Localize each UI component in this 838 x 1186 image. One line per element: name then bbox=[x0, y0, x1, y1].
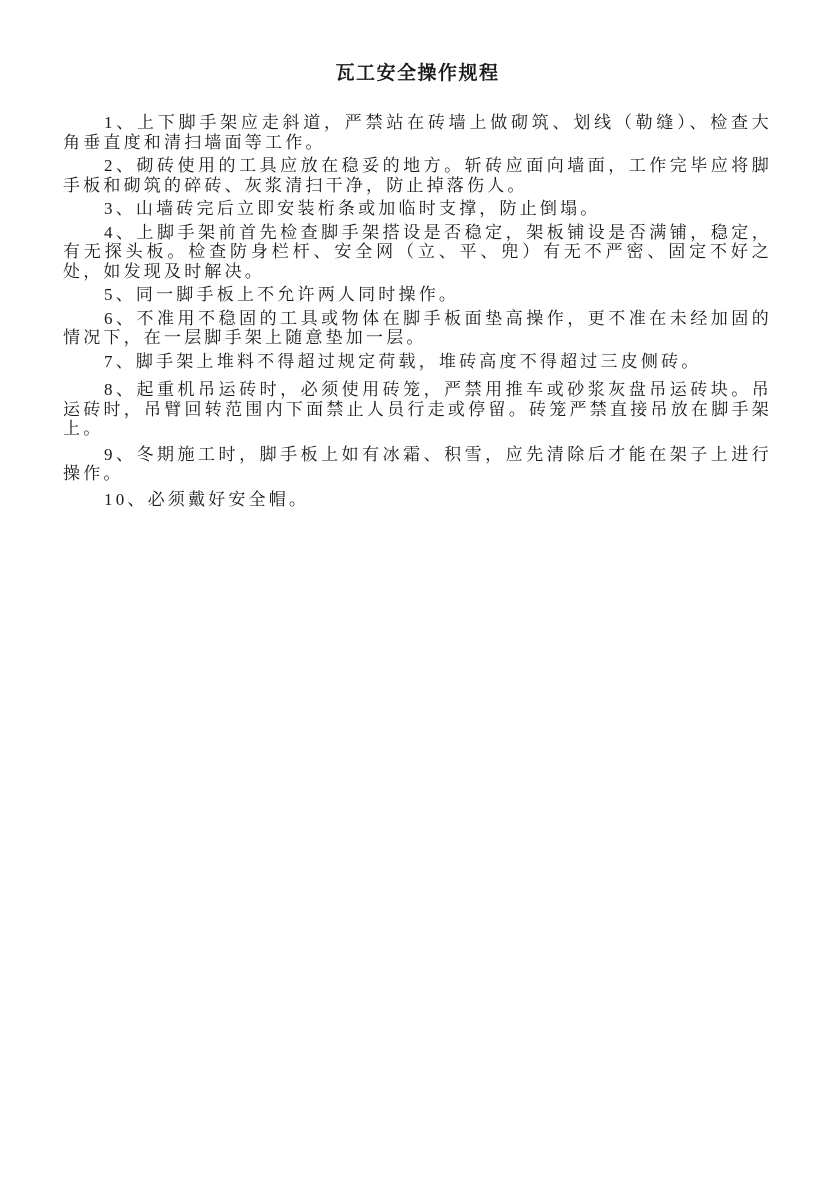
rule-item-5: 5、同一脚手板上不允许两人同时操作。 bbox=[63, 285, 772, 305]
rule-item-10: 10、必须戴好安全帽。 bbox=[63, 490, 772, 510]
rule-item-4: 4、上脚手架前首先检查脚手架搭设是否稳定，架板铺设是否满铺，稳定，有无探头板。检… bbox=[63, 223, 772, 282]
document-page: 瓦工安全操作规程 1、上下脚手架应走斜道，严禁站在砖墙上做砌筑、划线（勒缝）、检… bbox=[0, 0, 838, 1186]
rule-item-2: 2、砌砖使用的工具应放在稳妥的地方。斩砖应面向墙面，工作完毕应将脚手板和砌筑的碎… bbox=[63, 156, 772, 195]
rule-item-3: 3、山墙砖完后立即安装桁条或加临时支撑，防止倒塌。 bbox=[63, 199, 772, 219]
page-title: 瓦工安全操作规程 bbox=[63, 62, 772, 86]
rule-item-6: 6、不准用不稳固的工具或物体在脚手板面垫高操作，更不准在未经加固的情况下，在一层… bbox=[63, 309, 772, 348]
rule-item-8: 8、起重机吊运砖时，必须使用砖笼，严禁用推车或砂浆灰盘吊运砖块。吊运砖时，吊臂回… bbox=[63, 380, 772, 439]
rule-item-7: 7、脚手架上堆料不得超过规定荷载，堆砖高度不得超过三皮侧砖。 bbox=[63, 352, 772, 372]
rule-item-9: 9、冬期施工时，脚手板上如有冰霜、积雪，应先清除后才能在架子上进行操作。 bbox=[63, 445, 772, 484]
rule-item-1: 1、上下脚手架应走斜道，严禁站在砖墙上做砌筑、划线（勒缝）、检查大角垂直度和清扫… bbox=[63, 113, 772, 152]
